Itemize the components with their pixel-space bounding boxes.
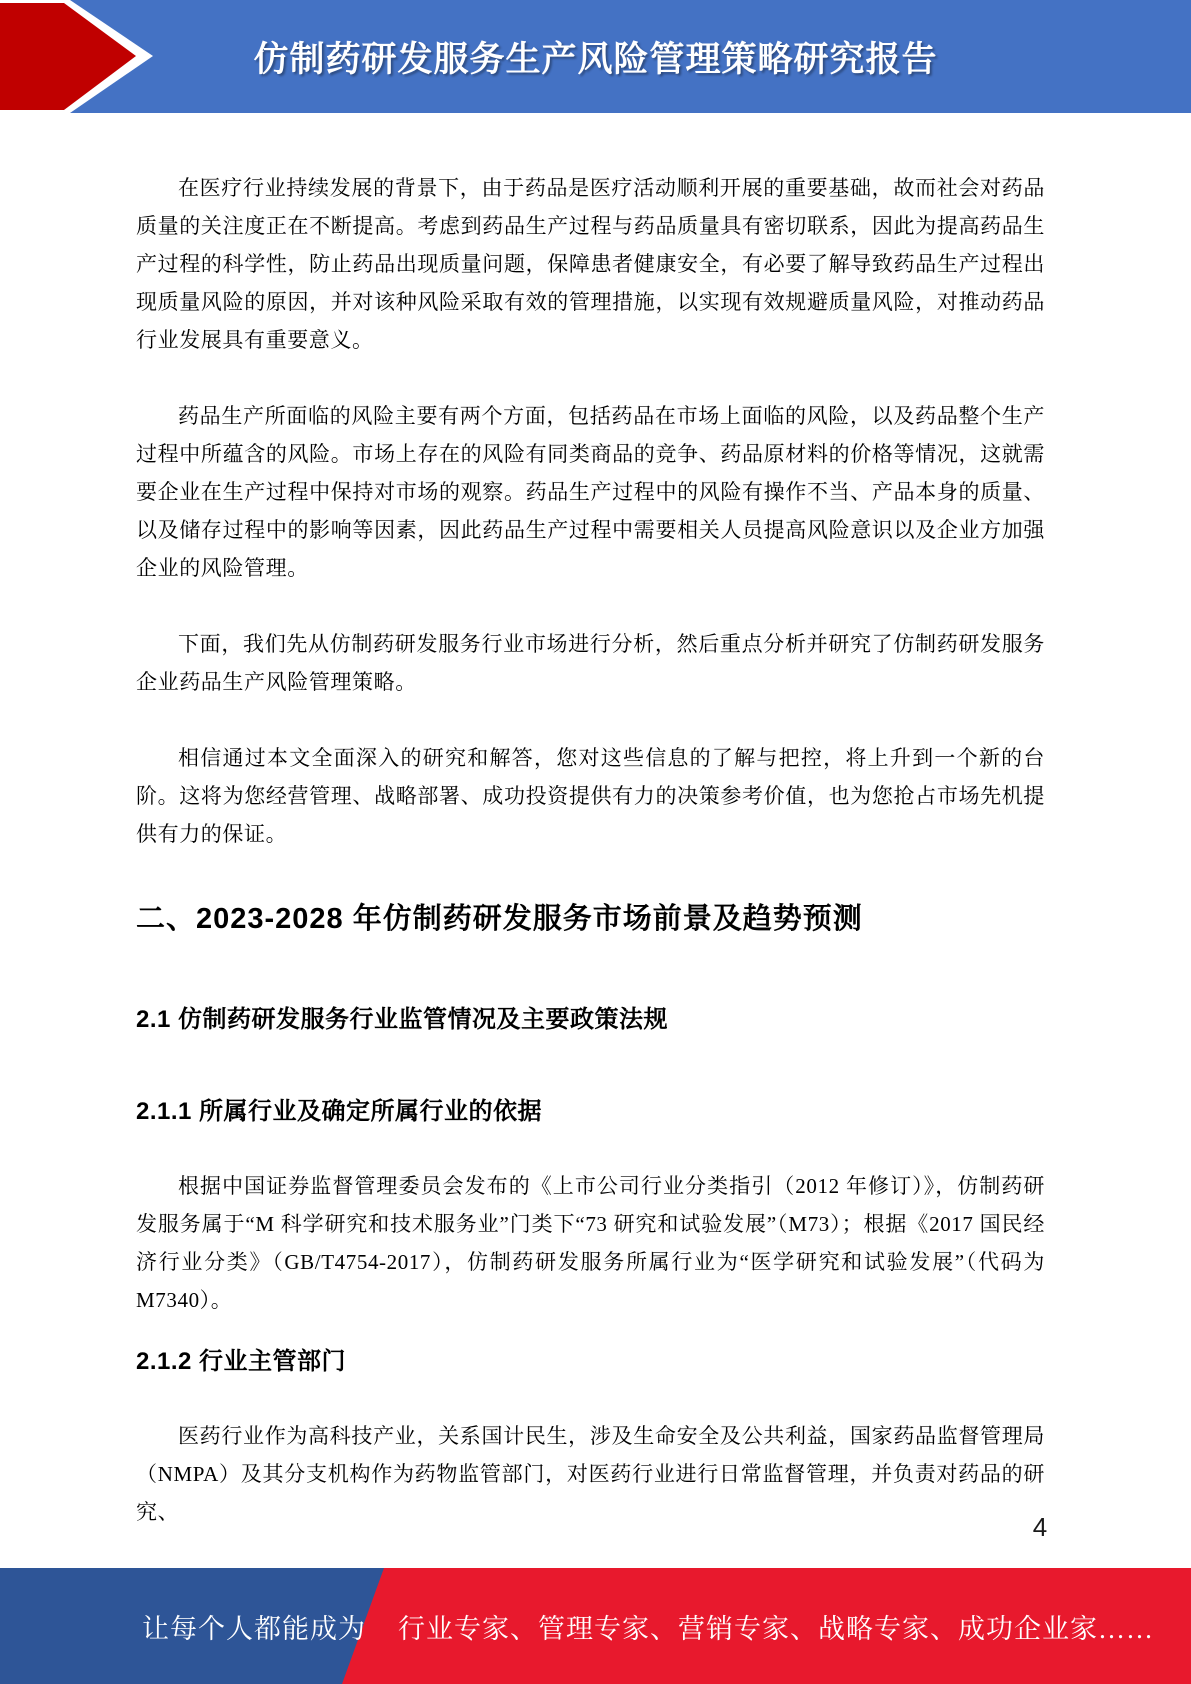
page-number: 4 (1020, 1512, 1060, 1543)
footer-banner: 让每个人都能成为 行业专家、管理专家、营销专家、战略专家、成功企业家…… (0, 1568, 1191, 1684)
intro-paragraph-3: 下面，我们先从仿制药研发服务行业市场进行分析，然后重点分析并研究了仿制药研发服务… (136, 625, 1045, 701)
section-heading-2-1: 2.1 仿制药研发服务行业监管情况及主要政策法规 (136, 1003, 1045, 1037)
footer-slogan-left: 让每个人都能成为 (142, 1568, 366, 1684)
footer-slogan-right: 行业专家、管理专家、营销专家、战略专家、成功企业家…… (398, 1568, 1154, 1684)
section-2-1-1-paragraph: 根据中国证券监督管理委员会发布的《上市公司行业分类指引（2012 年修订）》，仿… (136, 1167, 1045, 1319)
report-title: 仿制药研发服务生产风险管理策略研究报告 (253, 32, 937, 82)
header-banner: 仿制药研发服务生产风险管理策略研究报告 (0, 0, 1191, 113)
intro-paragraph-2: 药品生产所面临的风险主要有两个方面，包括药品在市场上面临的风险，以及药品整个生产… (136, 397, 1045, 587)
chapter-heading: 二、2023-2028 年仿制药研发服务市场前景及趋势预测 (136, 899, 1045, 939)
section-heading-2-1-2: 2.1.2 行业主管部门 (136, 1345, 1045, 1379)
report-page: 仿制药研发服务生产风险管理策略研究报告 在医疗行业持续发展的背景下，由于药品是医… (0, 0, 1191, 1684)
intro-paragraph-1: 在医疗行业持续发展的背景下，由于药品是医疗活动顺利开展的重要基础，故而社会对药品… (136, 169, 1045, 359)
section-heading-2-1-1: 2.1.1 所属行业及确定所属行业的依据 (136, 1095, 1045, 1129)
section-2-1-2-paragraph: 医药行业作为高科技产业，关系国计民生，涉及生命安全及公共利益，国家药品监督管理局… (136, 1417, 1045, 1531)
document-body: 在医疗行业持续发展的背景下，由于药品是医疗活动顺利开展的重要基础，故而社会对药品… (0, 169, 1191, 1531)
intro-paragraph-4: 相信通过本文全面深入的研究和解答，您对这些信息的了解与把控，将上升到一个新的台阶… (136, 739, 1045, 853)
